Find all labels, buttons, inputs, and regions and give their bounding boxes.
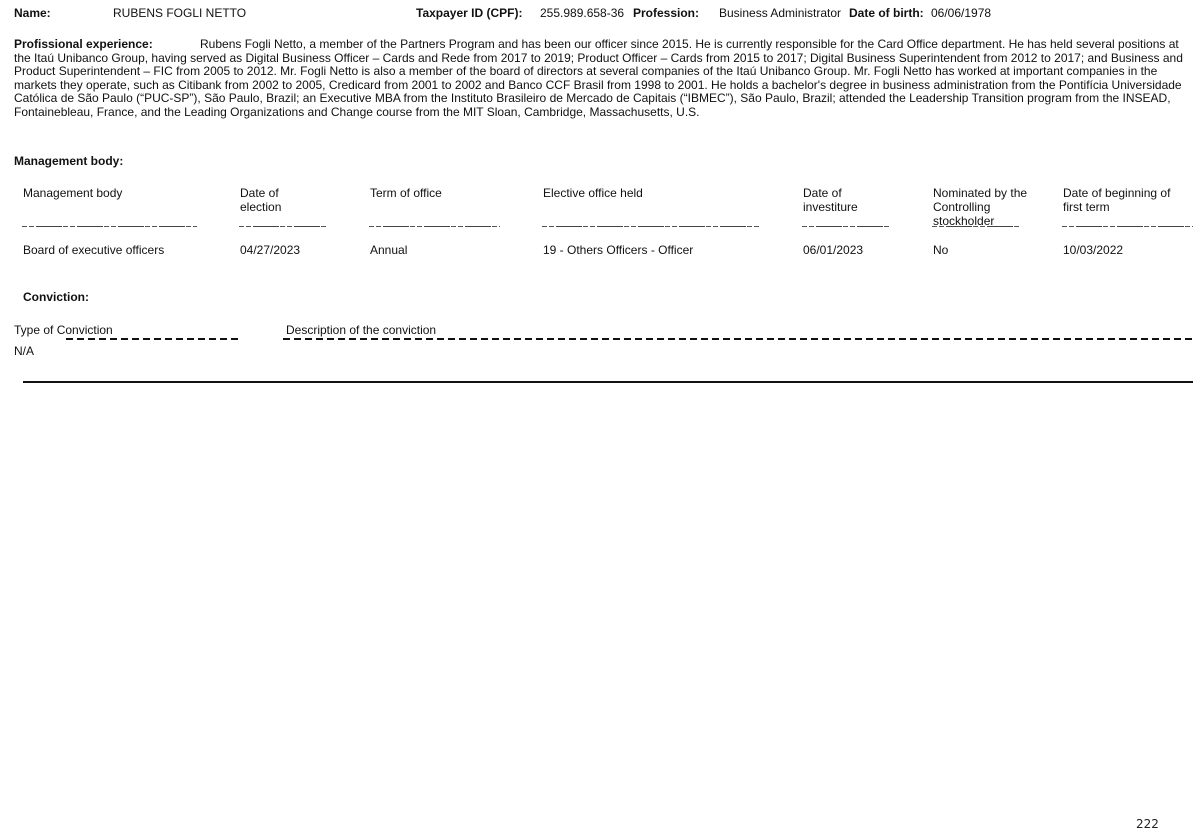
conviction-title: Conviction:	[23, 290, 89, 304]
header-underline	[1062, 226, 1193, 227]
cell-elective-office: 19 - Others Officers - Officer	[543, 243, 693, 257]
column-header-date-first-term: Date of beginning of first term	[1063, 186, 1183, 214]
management-body-title: Management body:	[14, 154, 123, 168]
column-header-date-of-election: Date of election	[240, 186, 320, 214]
header-underline	[369, 226, 500, 227]
profession-label: Profession:	[633, 6, 699, 20]
conviction-description-underline	[283, 338, 1193, 340]
cell-management-body: Board of executive officers	[23, 243, 164, 257]
page-number: 222	[1136, 817, 1159, 831]
header-underline	[542, 226, 759, 227]
header-underline	[22, 226, 197, 227]
conviction-type-underline	[66, 338, 240, 340]
cell-date-of-investiture: 06/01/2023	[803, 243, 863, 257]
profession-value: Business Administrator	[719, 6, 841, 20]
conviction-type-value: N/A	[14, 344, 34, 358]
header-underline	[932, 226, 1020, 227]
cell-term-of-office: Annual	[370, 243, 407, 257]
date-of-birth-value: 06/06/1978	[931, 6, 991, 20]
column-header-date-of-investiture: Date of investiture	[803, 186, 883, 214]
column-header-term-of-office: Term of office	[370, 186, 490, 200]
cell-nominated-by-controlling: No	[933, 243, 948, 257]
header-underline	[239, 226, 327, 227]
cell-date-first-term: 10/03/2022	[1063, 243, 1123, 257]
name-value: RUBENS FOGLI NETTO	[113, 6, 246, 20]
cpf-label: Taxpayer ID (CPF):	[416, 6, 522, 20]
cpf-value: 255.989.658-36	[540, 6, 624, 20]
conviction-description-label: Description of the conviction	[286, 323, 436, 337]
experience-label: Profissional experience:	[14, 38, 200, 52]
section-divider	[23, 381, 1193, 383]
column-header-management-body: Management body	[23, 186, 203, 200]
column-header-nominated-by-controlling: Nominated by the Controlling stockholder	[933, 186, 1028, 228]
professional-experience: Profissional experience:Rubens Fogli Net…	[14, 38, 1186, 119]
header-underline	[802, 226, 890, 227]
date-of-birth-label: Date of birth:	[849, 6, 924, 20]
name-label: Name:	[14, 6, 51, 20]
column-header-elective-office: Elective office held	[543, 186, 743, 200]
conviction-type-label: Type of Conviction	[14, 323, 113, 337]
cell-date-of-election: 04/27/2023	[240, 243, 300, 257]
